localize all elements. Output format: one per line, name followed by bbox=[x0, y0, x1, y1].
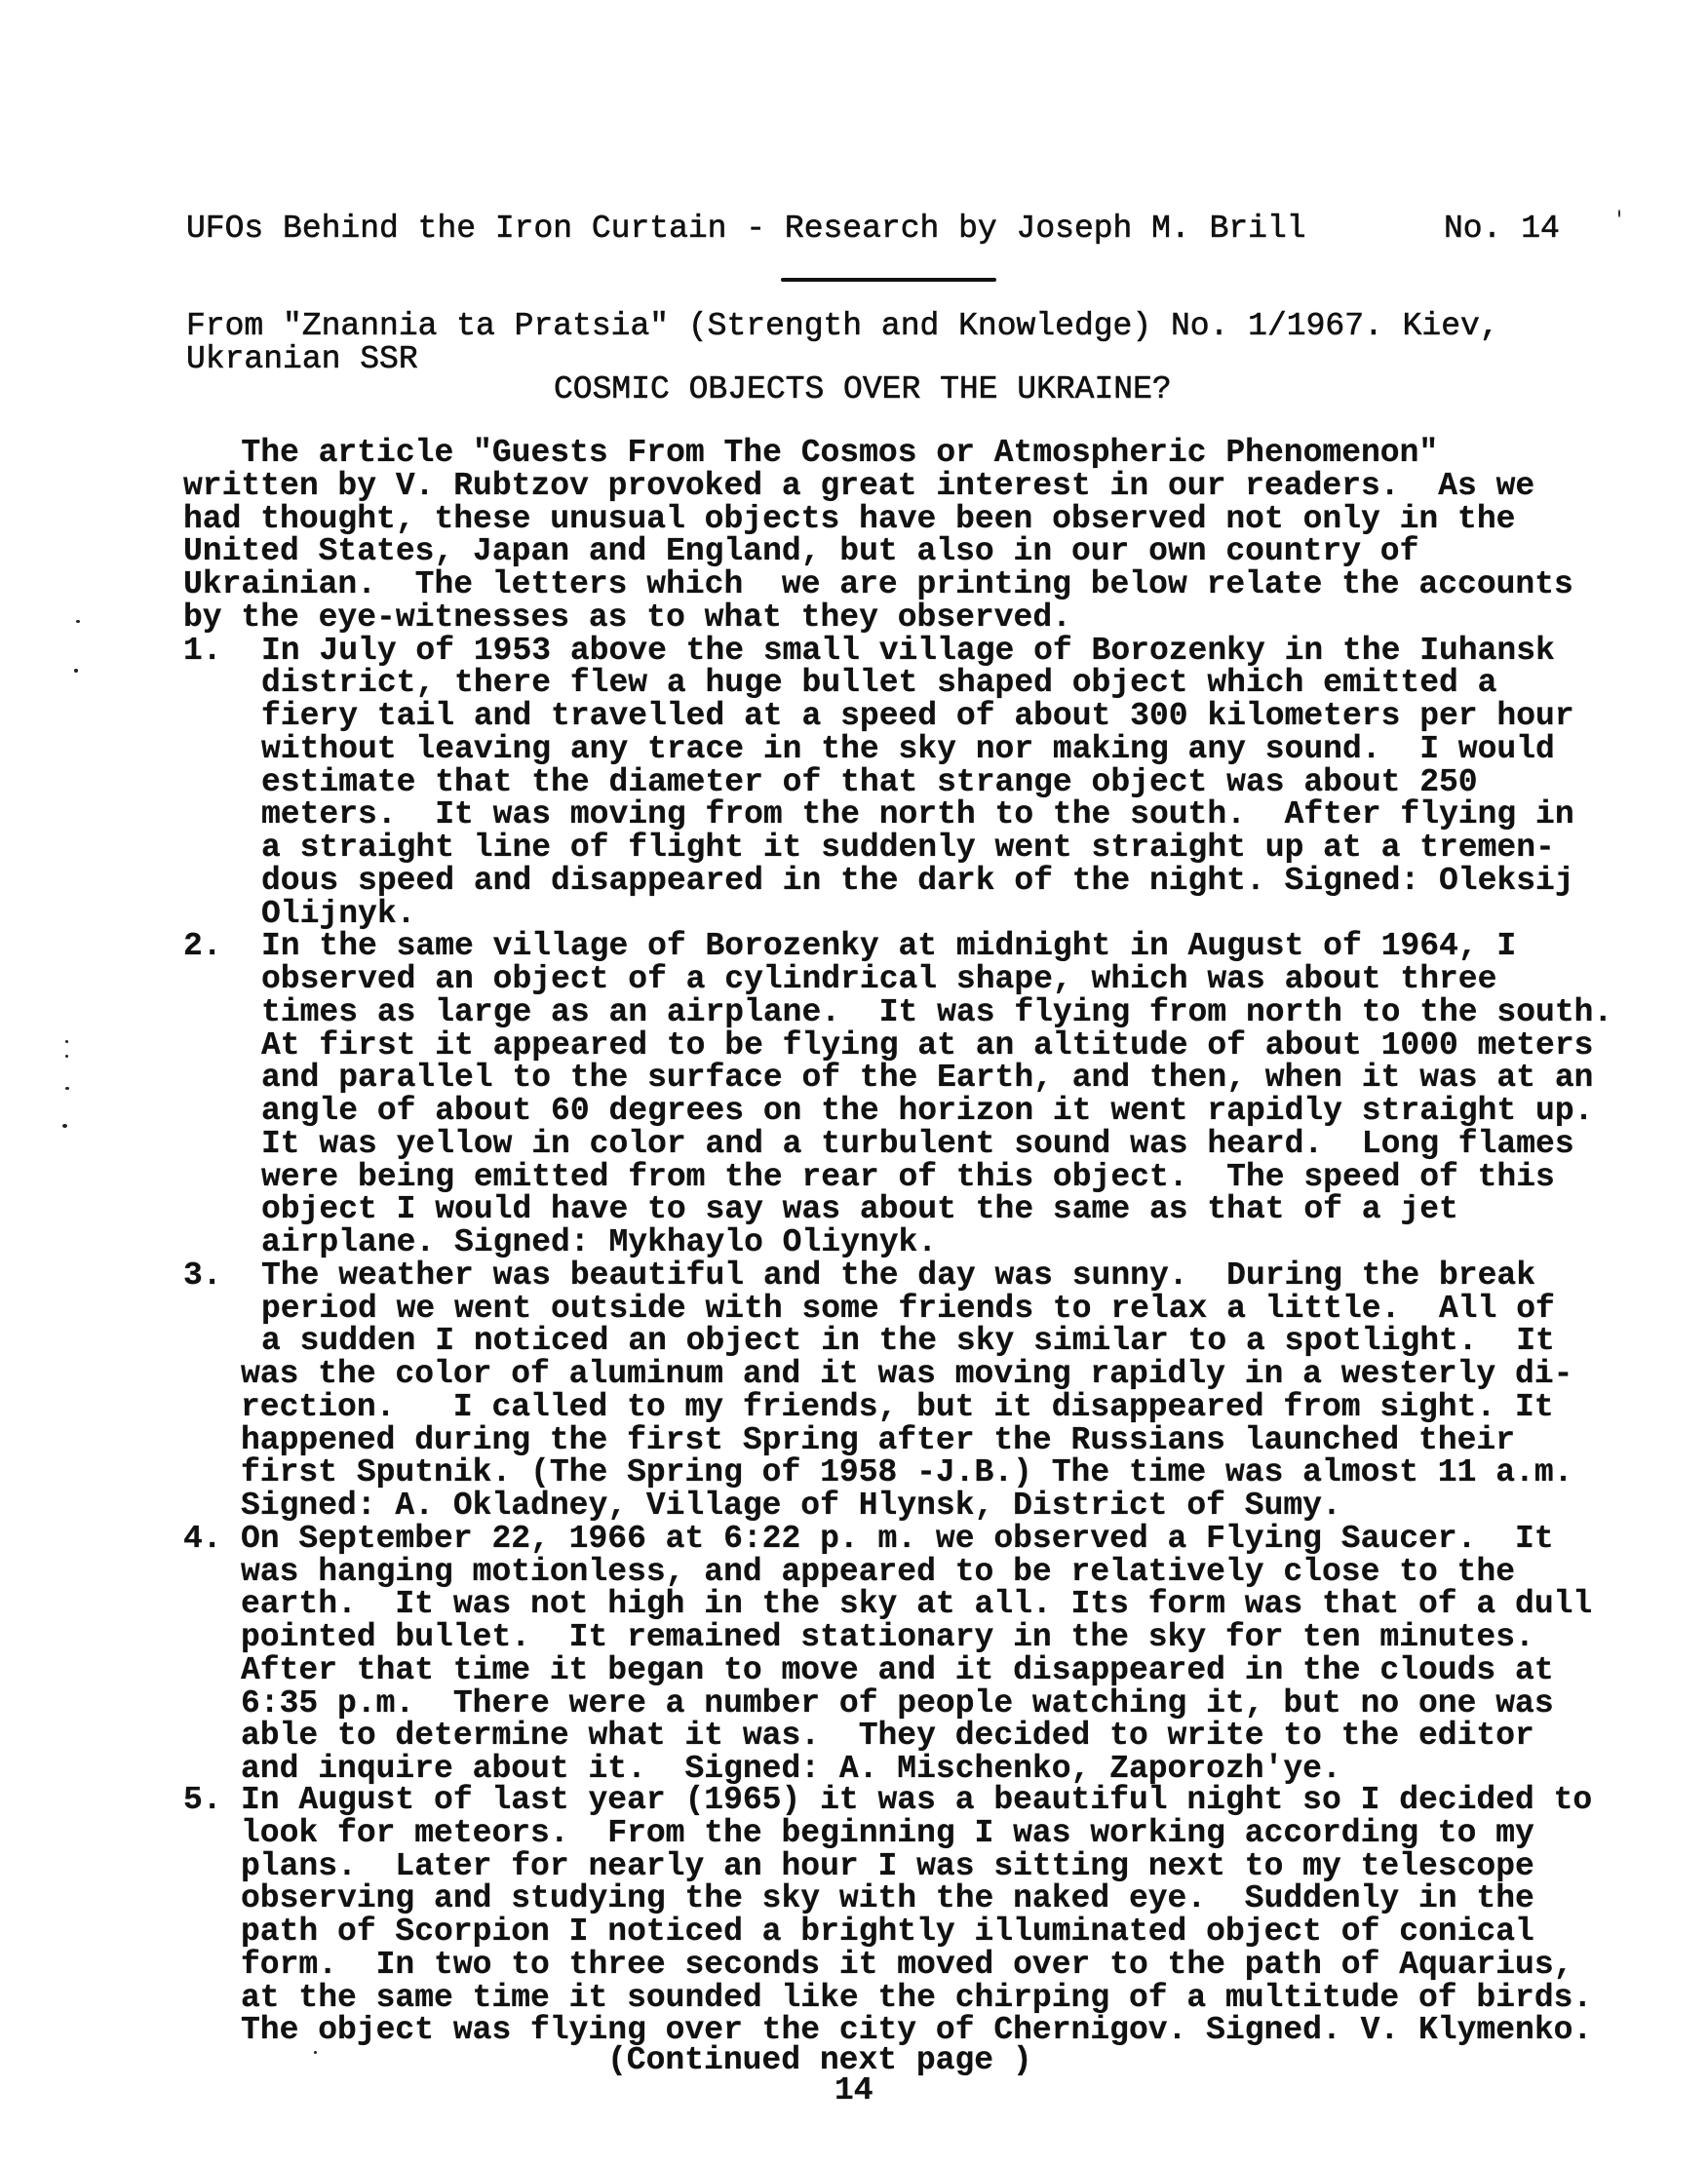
account-line: estimate that the diameter of that stran… bbox=[261, 766, 1478, 799]
account-line: angle of about 60 degrees on the horizon… bbox=[261, 1095, 1593, 1128]
account-line: look for meteors. From the beginning I w… bbox=[241, 1817, 1534, 1850]
account-line: At first it appeared to be flying at an … bbox=[261, 1029, 1593, 1063]
intro-line: The article "Guests From The Cosmos or A… bbox=[183, 437, 1438, 470]
account-line: On September 22, 1966 at 6:22 p. m. we o… bbox=[241, 1523, 1554, 1556]
account-line: able to determine what it was. They deci… bbox=[241, 1720, 1534, 1753]
scan-speck bbox=[65, 1040, 68, 1043]
continued-note: (Continued next page ) bbox=[607, 2044, 1032, 2077]
scan-speck bbox=[1618, 210, 1620, 217]
source-line-1: From "Znannia ta Pratsia" (Strength and … bbox=[186, 310, 1499, 343]
intro-line: Ukrainian. The letters which we are prin… bbox=[183, 568, 1573, 601]
account-line: Olijnyk. bbox=[261, 898, 415, 931]
account-line: period we went outside with some friends… bbox=[261, 1293, 1555, 1326]
account-line: fiery tail and travelled at a speed of a… bbox=[261, 700, 1574, 733]
intro-line: had thought, these unusual objects have … bbox=[183, 503, 1515, 536]
account-line: first Sputnik. (The Spring of 1958 -J.B.… bbox=[241, 1456, 1572, 1489]
account-line: plans. Later for nearly an hour I was si… bbox=[241, 1850, 1534, 1883]
document-page: UFOs Behind the Iron Curtain - Research … bbox=[0, 0, 1708, 2166]
running-header-title: UFOs Behind the Iron Curtain - Research … bbox=[186, 213, 1306, 246]
intro-line: United States, Japan and England, but al… bbox=[183, 535, 1418, 568]
account-line: form. In two to three seconds it moved o… bbox=[241, 1949, 1572, 1982]
issue-number: No. 14 bbox=[1444, 213, 1560, 246]
account-line: After that time it began to move and it … bbox=[241, 1654, 1554, 1687]
header-rule bbox=[781, 278, 996, 282]
account-line: In the same village of Borozenky at midn… bbox=[261, 930, 1516, 963]
account-line: Signed: A. Okladney, Village of Hlynsk, … bbox=[241, 1489, 1341, 1523]
account-line: times as large as an airplane. It was fl… bbox=[261, 996, 1612, 1029]
source-line-2: Ukranian SSR bbox=[186, 343, 418, 376]
account-line: was the color of aluminum and it was mov… bbox=[241, 1358, 1572, 1391]
account-number: 2. bbox=[183, 930, 222, 963]
account-number: 4. bbox=[183, 1523, 222, 1556]
account-line: without leaving any trace in the sky nor… bbox=[261, 733, 1555, 766]
account-line: meters. It was moving from the north to … bbox=[261, 798, 1574, 832]
account-line: path of Scorpion I noticed a brightly il… bbox=[241, 1915, 1534, 1949]
account-line: district, there flew a huge bullet shape… bbox=[261, 667, 1496, 700]
account-line: dous speed and disappeared in the dark o… bbox=[261, 865, 1574, 898]
scan-speck bbox=[65, 1055, 68, 1058]
page-number: 14 bbox=[835, 2074, 873, 2108]
intro-line: written by V. Rubtzov provoked a great i… bbox=[183, 470, 1534, 503]
account-line: In August of last year (1965) it was a b… bbox=[241, 1784, 1592, 1817]
account-line: earth. It was not high in the sky at all… bbox=[241, 1588, 1592, 1621]
account-line: airplane. Signed: Mykhaylo Oliynyk. bbox=[261, 1226, 937, 1259]
article-title: COSMIC OBJECTS OVER THE UKRAINE? bbox=[554, 373, 1172, 406]
account-line: and parallel to the surface of the Earth… bbox=[261, 1062, 1593, 1095]
account-line: pointed bullet. It remained stationary i… bbox=[241, 1621, 1534, 1654]
account-line: It was yellow in color and a turbulent s… bbox=[261, 1128, 1574, 1161]
account-line: were being emitted from the rear of this… bbox=[261, 1161, 1555, 1194]
account-number: 1. bbox=[183, 635, 222, 668]
account-line: a sudden I noticed an object in the sky … bbox=[261, 1325, 1555, 1358]
scan-speck bbox=[314, 2051, 317, 2054]
account-line: happened during the first Spring after t… bbox=[241, 1424, 1515, 1457]
account-line: object I would have to say was about the… bbox=[261, 1193, 1458, 1226]
account-line: and inquire about it. Signed: A. Mischen… bbox=[241, 1753, 1341, 1786]
account-line: at the same time it sounded like the chi… bbox=[241, 1982, 1592, 2015]
scan-speck bbox=[74, 669, 78, 673]
account-number: 3. bbox=[183, 1259, 222, 1293]
account-line: observing and studying the sky with the … bbox=[241, 1882, 1534, 1915]
account-line: a straight line of flight it suddenly we… bbox=[261, 832, 1555, 865]
scan-speck bbox=[65, 1087, 69, 1090]
intro-line: by the eye-witnesses as to what they obs… bbox=[183, 601, 1071, 635]
scan-speck bbox=[76, 620, 80, 623]
account-line: was hanging motionless, and appeared to … bbox=[241, 1556, 1515, 1589]
account-line: rection. I called to my friends, but it … bbox=[241, 1391, 1554, 1424]
account-number: 5. bbox=[183, 1784, 222, 1817]
account-line: In July of 1953 above the small village … bbox=[261, 635, 1555, 668]
account-line: The weather was beautiful and the day wa… bbox=[261, 1259, 1535, 1293]
account-line: 6:35 p.m. There were a number of people … bbox=[241, 1687, 1554, 1721]
scan-speck bbox=[62, 1124, 67, 1128]
account-line: observed an object of a cylindrical shap… bbox=[261, 963, 1496, 996]
